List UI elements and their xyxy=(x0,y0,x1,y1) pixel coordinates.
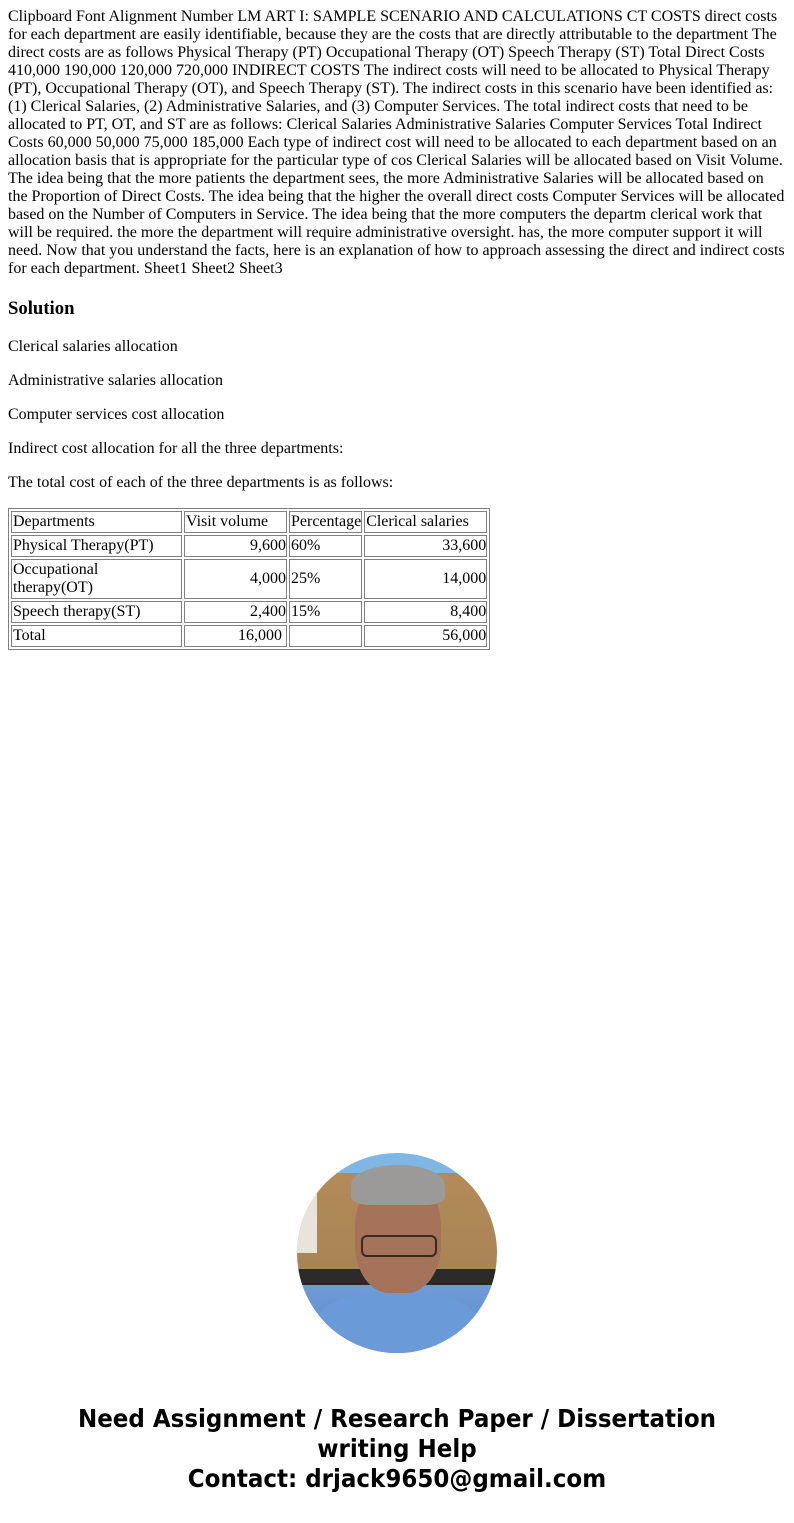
cell-visit-volume: 4,000 xyxy=(184,559,287,599)
table-row: Physical Therapy(PT) 9,600 60% 33,600 xyxy=(11,535,487,557)
step-clerical: Clerical salaries allocation xyxy=(8,338,786,356)
cell-clerical-salaries: 8,400 xyxy=(364,601,487,623)
cell-clerical-salaries: 33,600 xyxy=(364,535,487,557)
cell-department: Speech therapy(ST) xyxy=(11,601,182,623)
cell-visit-volume: 2,400 xyxy=(184,601,287,623)
cell-clerical-salaries: 14,000 xyxy=(364,559,487,599)
contact-email: Contact: drjack9650@gmail.com xyxy=(32,1464,762,1494)
header-cell: Departments xyxy=(11,511,182,533)
contact-banner: Need Assignment / Research Paper / Disse… xyxy=(32,1404,762,1494)
cell-percentage: 15% xyxy=(289,601,362,623)
header-cell: Visit volume xyxy=(184,511,287,533)
photo-background xyxy=(297,1183,317,1253)
cell-visit-volume: 16,000 xyxy=(184,625,287,647)
header-cell: Clerical salaries xyxy=(364,511,487,533)
step-indirect: Indirect cost allocation for all the thr… xyxy=(8,440,786,458)
photo-hair xyxy=(351,1165,445,1205)
step-administrative: Administrative salaries allocation xyxy=(8,372,786,390)
cell-percentage xyxy=(289,625,362,647)
allocation-table: Departments Visit volume Percentage Cler… xyxy=(8,508,490,650)
cell-department: Physical Therapy(PT) xyxy=(11,535,182,557)
step-computer: Computer services cost allocation xyxy=(8,406,786,424)
cell-clerical-salaries: 56,000 xyxy=(364,625,487,647)
table-row: Speech therapy(ST) 2,400 15% 8,400 xyxy=(11,601,487,623)
table-row: Occupational therapy(OT) 4,000 25% 14,00… xyxy=(11,559,487,599)
intro-paragraph: Clipboard Font Alignment Number LM ART I… xyxy=(8,8,786,278)
cell-department: Occupational therapy(OT) xyxy=(11,559,182,599)
cell-percentage: 60% xyxy=(289,535,362,557)
cell-percentage: 25% xyxy=(289,559,362,599)
step-total: The total cost of each of the three depa… xyxy=(8,474,786,492)
help-tagline: Need Assignment / Research Paper / Disse… xyxy=(32,1404,762,1464)
cell-visit-volume: 9,600 xyxy=(184,535,287,557)
photo-glasses xyxy=(361,1235,437,1257)
table-header-row: Departments Visit volume Percentage Cler… xyxy=(11,511,487,533)
author-photo-icon xyxy=(297,1153,497,1353)
solution-heading: Solution xyxy=(8,298,786,320)
header-cell: Percentage xyxy=(289,511,362,533)
table-total-row: Total 16,000 56,000 xyxy=(11,625,487,647)
cell-department: Total xyxy=(11,625,182,647)
document-body: Clipboard Font Alignment Number LM ART I… xyxy=(0,0,794,650)
photo-shirt xyxy=(317,1293,477,1353)
